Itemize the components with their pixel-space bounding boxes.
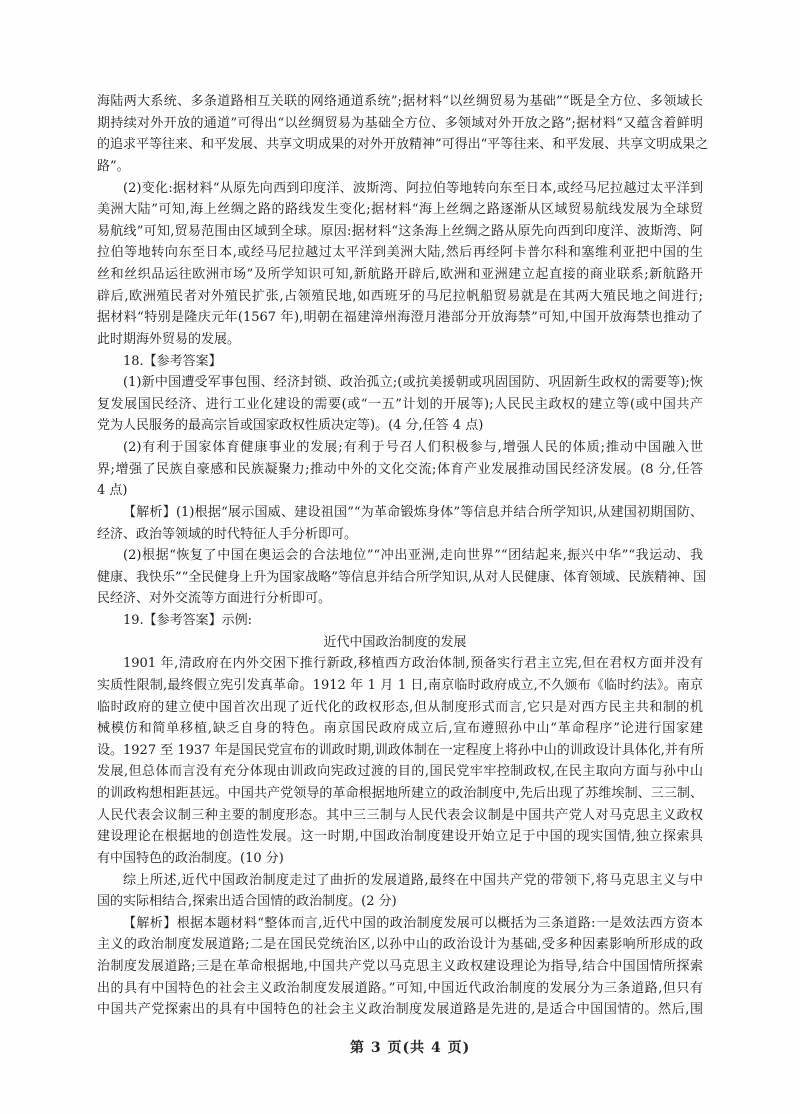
text-line: 1901 年,清政府在内外交困下推行新政,移植西方政治体制,预备实行君主立宪,但… (97, 653, 703, 675)
text-line: 【解析】(1)根据“展示国威、建设祖国”“为革命锻炼身体”等信息并结合所学知识,… (97, 502, 703, 524)
text-line: 出的具有中国特色的社会主义政治制度发展道路。”可知,中国近代政治制度的发展分为三… (97, 978, 703, 1000)
text-line: 党为人民服务的最高宗旨或国家政权性质决定等)。(4 分,任答 4 点) (97, 415, 703, 437)
text-line: 易航线”可知,贸易范围由区域到全球。原因:据材料“这条海上丝绸之路从原先向西到印… (97, 221, 703, 243)
text-line: 建设理论在根据地的创造性发展。这一时期,中国政治制度建设开始立足于中国的现实国情… (97, 826, 703, 848)
text-line: 【解析】根据本题材料“整体而言,近代中国的政治制度发展可以概括为三条道路:一是效… (97, 913, 703, 935)
q17-part2-paragraph: (2)变化:据材料“从原先向西到印度洋、波斯湾、阿拉伯等地转向东至日本,或经马尼… (97, 178, 703, 351)
text-line: 设。1927 至 1937 年是国民党宣布的训政时期,训政体制在一定程度上将孙中… (97, 740, 703, 762)
q18-answer1-paragraph: (1)新中国遭受军事包围、经济封锁、政治孤立;(或抗美援朝或巩固国防、巩固新生政… (97, 372, 703, 437)
essay-conclusion-paragraph: 综上所述,近代中国政治制度走过了曲折的发展道路,最终在中国共产党的带领下,将马克… (97, 870, 703, 913)
text-column: 海陆两大系统、多条道路相互关联的网络通道系统”;据材料“以丝绸贸易为基础”“既是… (97, 91, 703, 1021)
text-line: 此时期海外贸易的发展。 (97, 329, 703, 351)
text-line: 的追求平等往来、和平发展、共享文明成果的对外开放精神”可得出“平等往来、和平发展… (97, 134, 703, 156)
text-line: 中国共产党探索出的具有中国特色的社会主义政治制度发展道路是先进的,是适合中国国情… (97, 999, 703, 1021)
text-line: 经济、政治等领域的时代特征人手分析即可。 (97, 524, 703, 546)
text-line: 综上所述,近代中国政治制度走过了曲折的发展道路,最终在中国共产党的带领下,将马克… (97, 870, 703, 892)
text-line: 期持续对外开放的通道”可得出“以丝绸贸易为基础全方位、多领域对外开放之路”;据材… (97, 113, 703, 135)
text-line: 丝和丝织品运往欧洲市场”及所学知识可知,新航路开辟后,欧洲和亚洲建立起直接的商业… (97, 264, 703, 286)
text-line: 主义的政治制度发展道路;二是在国民党统治区,以孙中山的政治设计为基础,受多种因素… (97, 934, 703, 956)
text-line: (2)变化:据材料“从原先向西到印度洋、波斯湾、阿拉伯等地转向东至日本,或经马尼… (97, 178, 703, 200)
q18-heading: 18.【参考答案】 (97, 351, 703, 373)
text-line: 复发展国民经济、进行工业化建设的需要(或“一五”计划的开展等);人民民主政权的建… (97, 394, 703, 416)
q19-heading: 19.【参考答案】示例: (97, 610, 703, 632)
text-line: 的训政构想相距甚远。中国共产党领导的革命根据地所建立的政治制度中,先后出现了苏维… (97, 783, 703, 805)
text-line: 有中国特色的政治制度。(10 分) (97, 848, 703, 870)
text-line: 实质性限制,最终假立宪引发真革命。1912 年 1 月 1 日,南京临时政府成立… (97, 675, 703, 697)
text-line: 拉伯等地转向东至日本,或经马尼拉越过太平洋到美洲大陆,然后再经阿卡普尔科和塞维利… (97, 242, 703, 264)
q18-analysis2-paragraph: (2)根据“恢复了中国在奥运会的合法地位”“冲出亚洲,走向世界”“团结起来,振兴… (97, 545, 703, 610)
q17-part1-tail: 海陆两大系统、多条道路相互关联的网络通道系统”;据材料“以丝绸贸易为基础”“既是… (97, 91, 703, 178)
text-line: 海陆两大系统、多条道路相互关联的网络通道系统”;据材料“以丝绸贸易为基础”“既是… (97, 91, 703, 113)
q19-analysis-paragraph: 【解析】根据本题材料“整体而言,近代中国的政治制度发展可以概括为三条道路:一是效… (97, 913, 703, 1021)
q18-answer2-paragraph: (2)有利于国家体育健康事业的发展;有利于号召人们积极参与,增强人民的体质;推动… (97, 437, 703, 502)
text-line: (2)根据“恢复了中国在奥运会的合法地位”“冲出亚洲,走向世界”“团结起来,振兴… (97, 545, 703, 567)
text-line: 治制度发展道路;三是在革命根据地,中国共产党以马克思主义政权建设理论为指导,结合… (97, 956, 703, 978)
text-line: 发展,但总体而言没有充分体现由训政向宪政过渡的目的,国民党牢牢控制政权,在民主取… (97, 761, 703, 783)
text-line: 界;增强了民族自豪感和民族凝聚力;推动中外的文化交流;体育产业发展推动国民经济发… (97, 459, 703, 481)
text-line: (2)有利于国家体育健康事业的发展;有利于号召人们积极参与,增强人民的体质;推动… (97, 437, 703, 459)
essay-title: 近代中国政治制度的发展 (97, 632, 703, 654)
text-line: 据材料“特别是隆庆元年(1567 年),明朝在福建漳州海澄月港部分开放海禁”可知… (97, 307, 703, 329)
text-line: 美洲大陆”可知,海上丝绸之路的路线发生变化;据材料“海上丝绸之路逐渐从区域贸易航… (97, 199, 703, 221)
text-line: 辟后,欧洲殖民者对外殖民扩张,占领殖民地,如西班牙的马尼拉帆船贸易就是在其两大殖… (97, 286, 703, 308)
document-page: 海陆两大系统、多条道路相互关联的网络通道系统”;据材料“以丝绸贸易为基础”“既是… (0, 0, 800, 1114)
text-line: 路”。 (97, 156, 703, 178)
text-line: 人民代表会议制三种主要的制度形态。其中三三制与人民代表会议制是中国共产党人对马克… (97, 805, 703, 827)
text-line: 4 点) (97, 480, 703, 502)
text-line: 国的实际相结合,探索出适合国情的政治制度。(2 分) (97, 891, 703, 913)
text-line: 民经济、对外交流等方面进行分析即可。 (97, 588, 703, 610)
text-line: (1)新中国遭受军事包围、经济封锁、政治孤立;(或抗美援朝或巩固国防、巩固新生政… (97, 372, 703, 394)
page-number-footer: 第 3 页(共 4 页) (350, 1037, 470, 1059)
essay-body-paragraph: 1901 年,清政府在内外交困下推行新政,移植西方政治体制,预备实行君主立宪,但… (97, 653, 703, 869)
text-line: 临时政府的建立使中国首次出现了近代化的政权形态,但从制度形式而言,它只是对西方民… (97, 697, 703, 719)
q18-analysis1-paragraph: 【解析】(1)根据“展示国威、建设祖国”“为革命锻炼身体”等信息并结合所学知识,… (97, 502, 703, 545)
text-line: 械模仿和简单移植,缺乏自身的特色。南京国民政府成立后,宣布遵照孙中山“革命程序”… (97, 718, 703, 740)
text-line: 健康、我快乐”“全民健身上升为国家战略”等信息并结合所学知识,从对人民健康、体育… (97, 567, 703, 589)
